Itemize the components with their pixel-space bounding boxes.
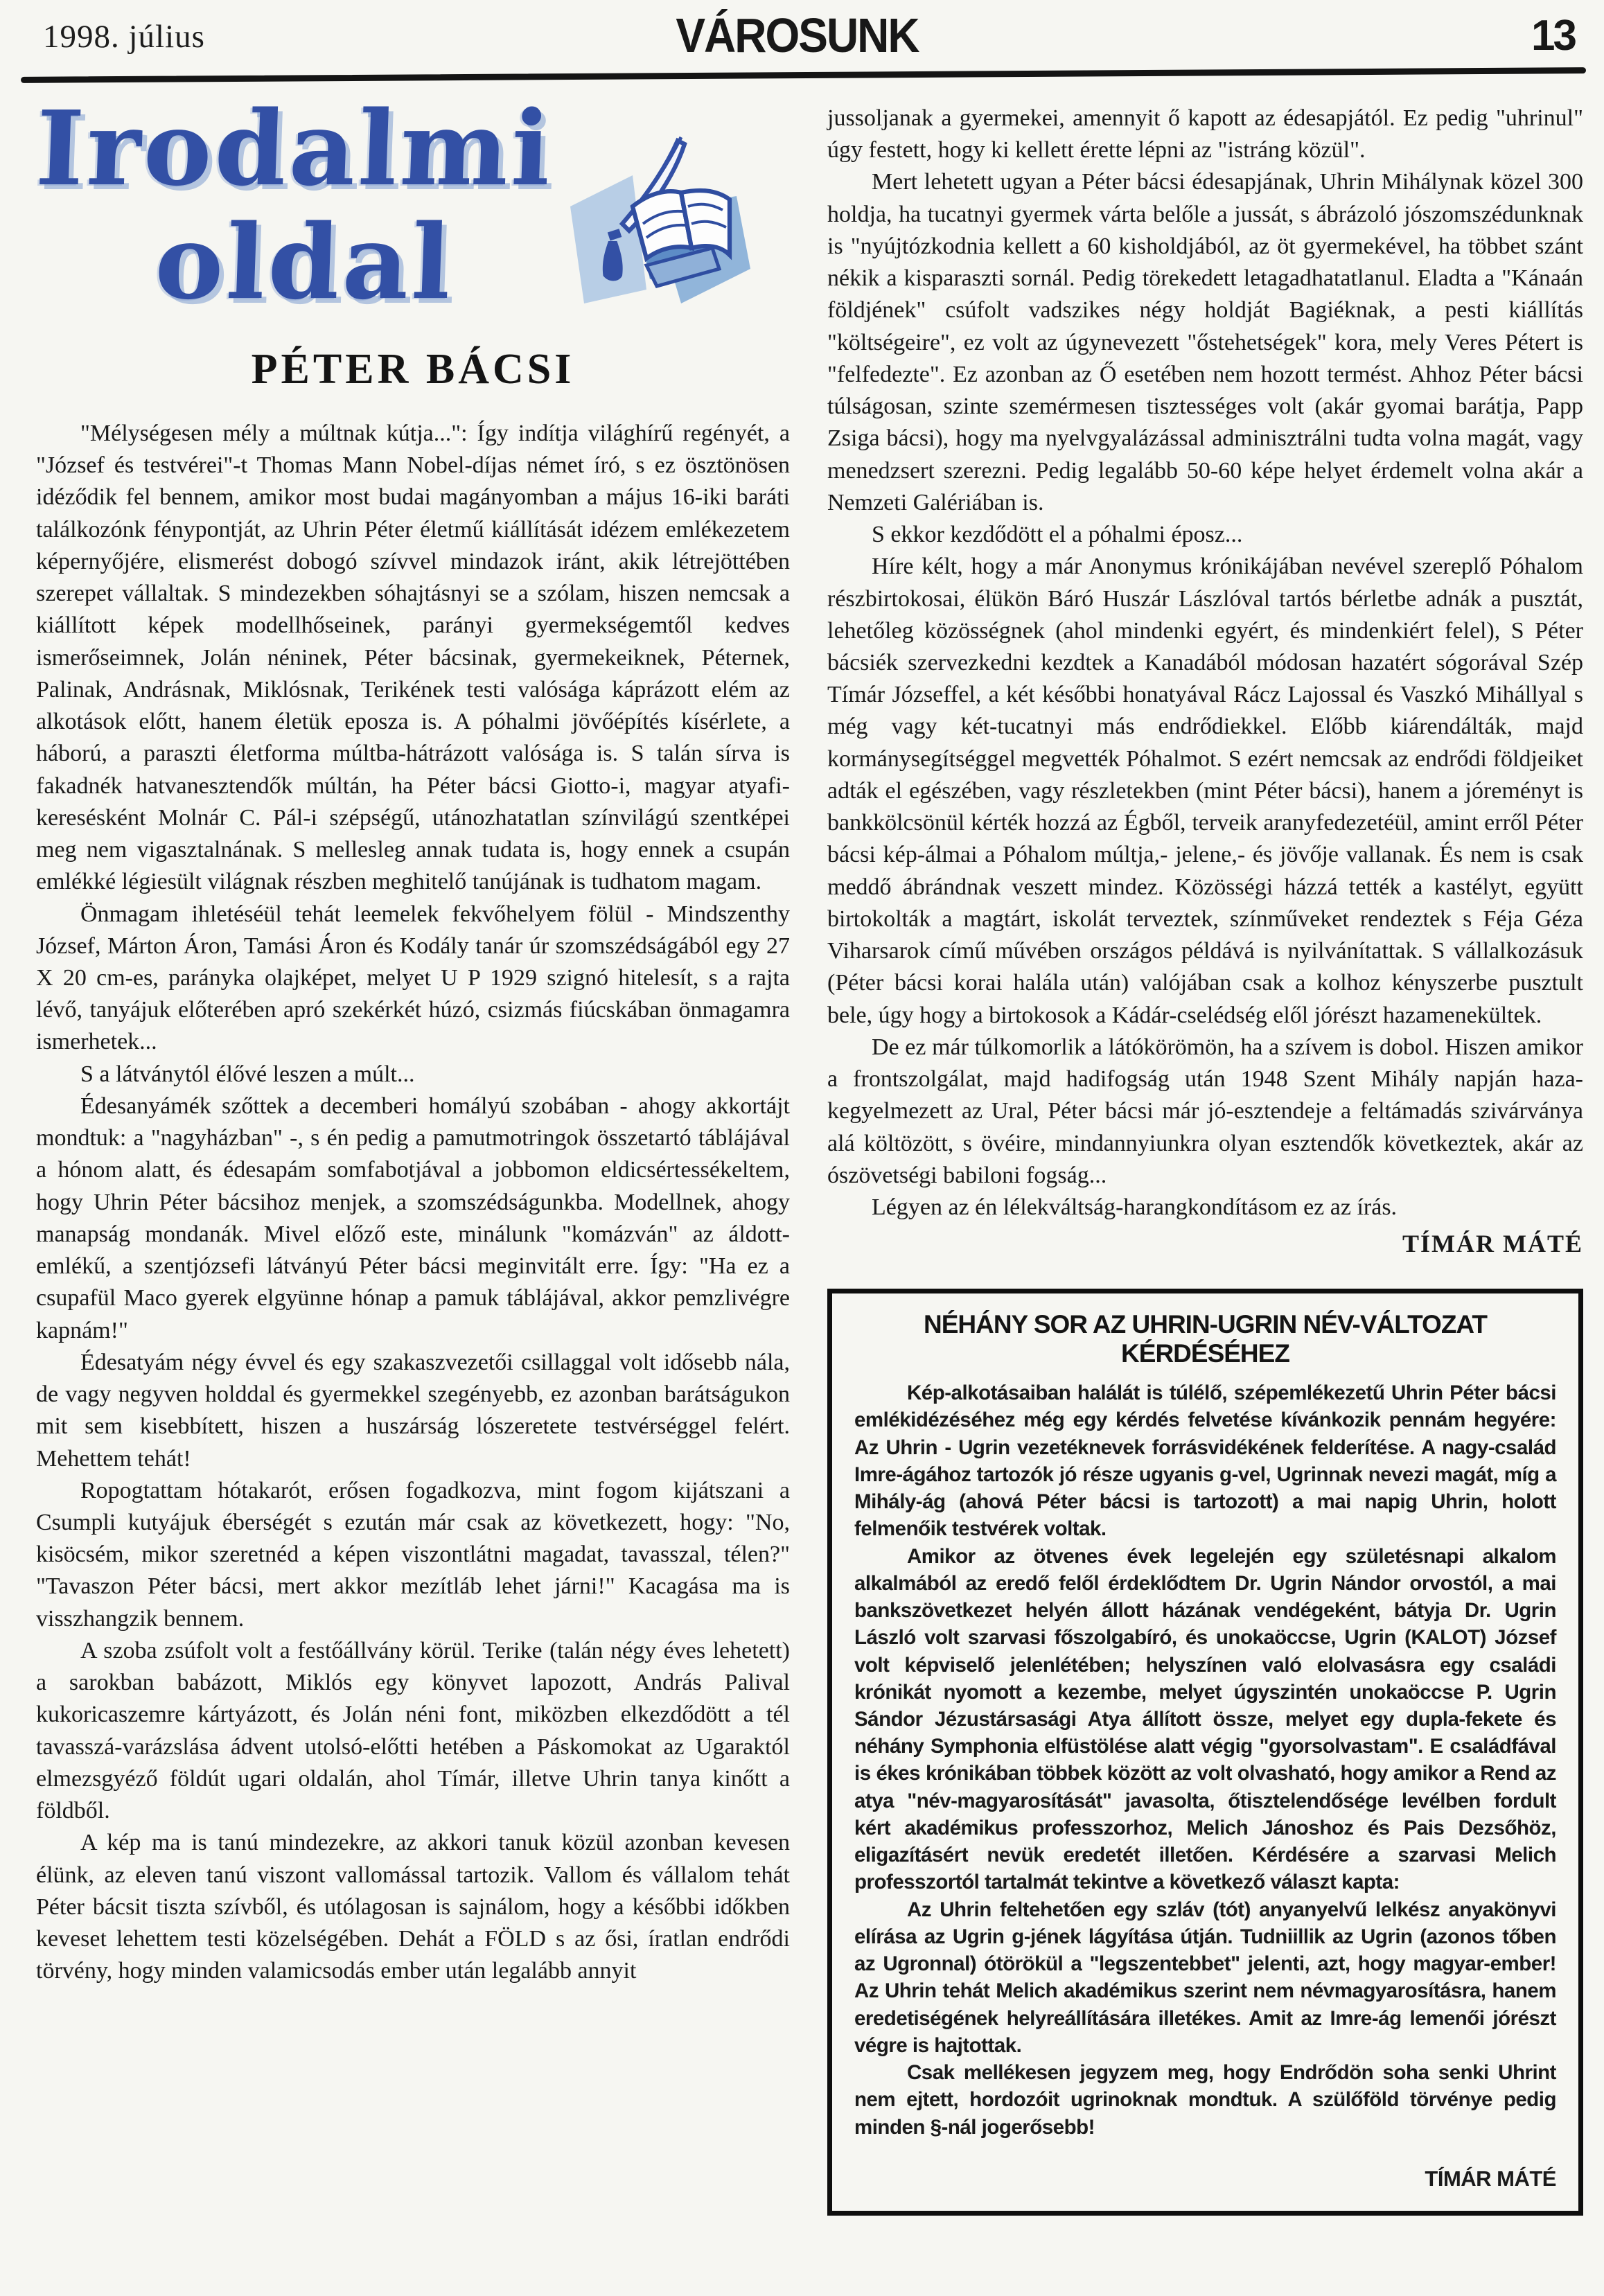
paragraph: Híre kélt, hogy a már Anonymus krónikájá… [827, 551, 1583, 1032]
article-columns: Irodalmi oldal [36, 90, 1583, 2296]
paragraph: Önmagam ihletéséül tehát leemelek fekvőh… [36, 899, 790, 1059]
left-column-text: "Mélységesen mély a múltnak kútja...": Í… [36, 418, 790, 1987]
paragraph: Amikor az ötvenes évek legelején egy szü… [854, 1543, 1556, 1896]
paragraph: "Mélységesen mély a múltnak kútja...": Í… [36, 418, 790, 899]
article-title: PÉTER BÁCSI [36, 345, 790, 394]
paragraph: Mert lehetett ugyan a Péter bácsi édesap… [827, 166, 1583, 519]
name-variant-sidebox: NÉHÁNY SOR AZ UHRIN-UGRIN NÉV-VÁLTOZAT K… [827, 1289, 1583, 2216]
logo-text-line2: oldal [153, 211, 455, 313]
paragraph: Csak mellékesen jegyzem meg, hogy Endrőd… [854, 2059, 1556, 2141]
paragraph: S a látványtól élővé leszen a múlt... [36, 1059, 790, 1090]
open-book-quill-icon [532, 123, 761, 328]
page-header: 1998. július VÁROSUNK 13 [0, 0, 1604, 82]
header-divider [21, 67, 1586, 83]
logo-text-line1: Irodalmi [34, 97, 555, 200]
sidebox-signature: TÍMÁR MÁTÉ [854, 2164, 1556, 2193]
paragraph: Ropogtattam hótakarót, erősen fogadkozva… [36, 1475, 790, 1635]
paragraph: Légyen az én lélekváltság-harangkondítás… [827, 1192, 1583, 1224]
sidebox-title: NÉHÁNY SOR AZ UHRIN-UGRIN NÉV-VÁLTOZAT K… [854, 1310, 1556, 1368]
masthead-title: VÁROSUNK [676, 8, 918, 63]
page-number: 13 [1531, 11, 1575, 60]
paragraph: Kép-alkotásaiban halálát is túlélő, szép… [854, 1379, 1556, 1542]
literary-page-logo: Irodalmi oldal [36, 94, 790, 327]
left-column: Irodalmi oldal [36, 90, 790, 1987]
paragraph: S ekkor kezdődött el a póhalmi éposz... [827, 519, 1583, 551]
paragraph: Édesanyámék szőttek a decemberi homályú … [36, 1090, 790, 1347]
right-column: jussoljanak a gyermekei, amennyit ő kapo… [827, 90, 1583, 2216]
article-signature: TÍMÁR MÁTÉ [827, 1229, 1583, 1258]
paragraph: jussoljanak a gyermekei, amennyit ő kapo… [827, 103, 1583, 166]
newspaper-page: 1998. július VÁROSUNK 13 Irodalmi oldal [0, 0, 1604, 2296]
right-column-text: jussoljanak a gyermekei, amennyit ő kapo… [827, 103, 1583, 1224]
paragraph: Édesatyám négy évvel és egy szakaszvezet… [36, 1347, 790, 1475]
issue-date: 1998. július [43, 18, 205, 55]
paragraph: A kép ma is tanú mindezekre, az akkori t… [36, 1827, 790, 1987]
paragraph: A szoba zsúfolt volt a festőállvány körü… [36, 1635, 790, 1827]
paragraph: De ez már túlkomorlik a látókörömön, ha … [827, 1032, 1583, 1192]
paragraph: Az Uhrin feltehetően egy szláv (tót) any… [854, 1896, 1556, 2059]
